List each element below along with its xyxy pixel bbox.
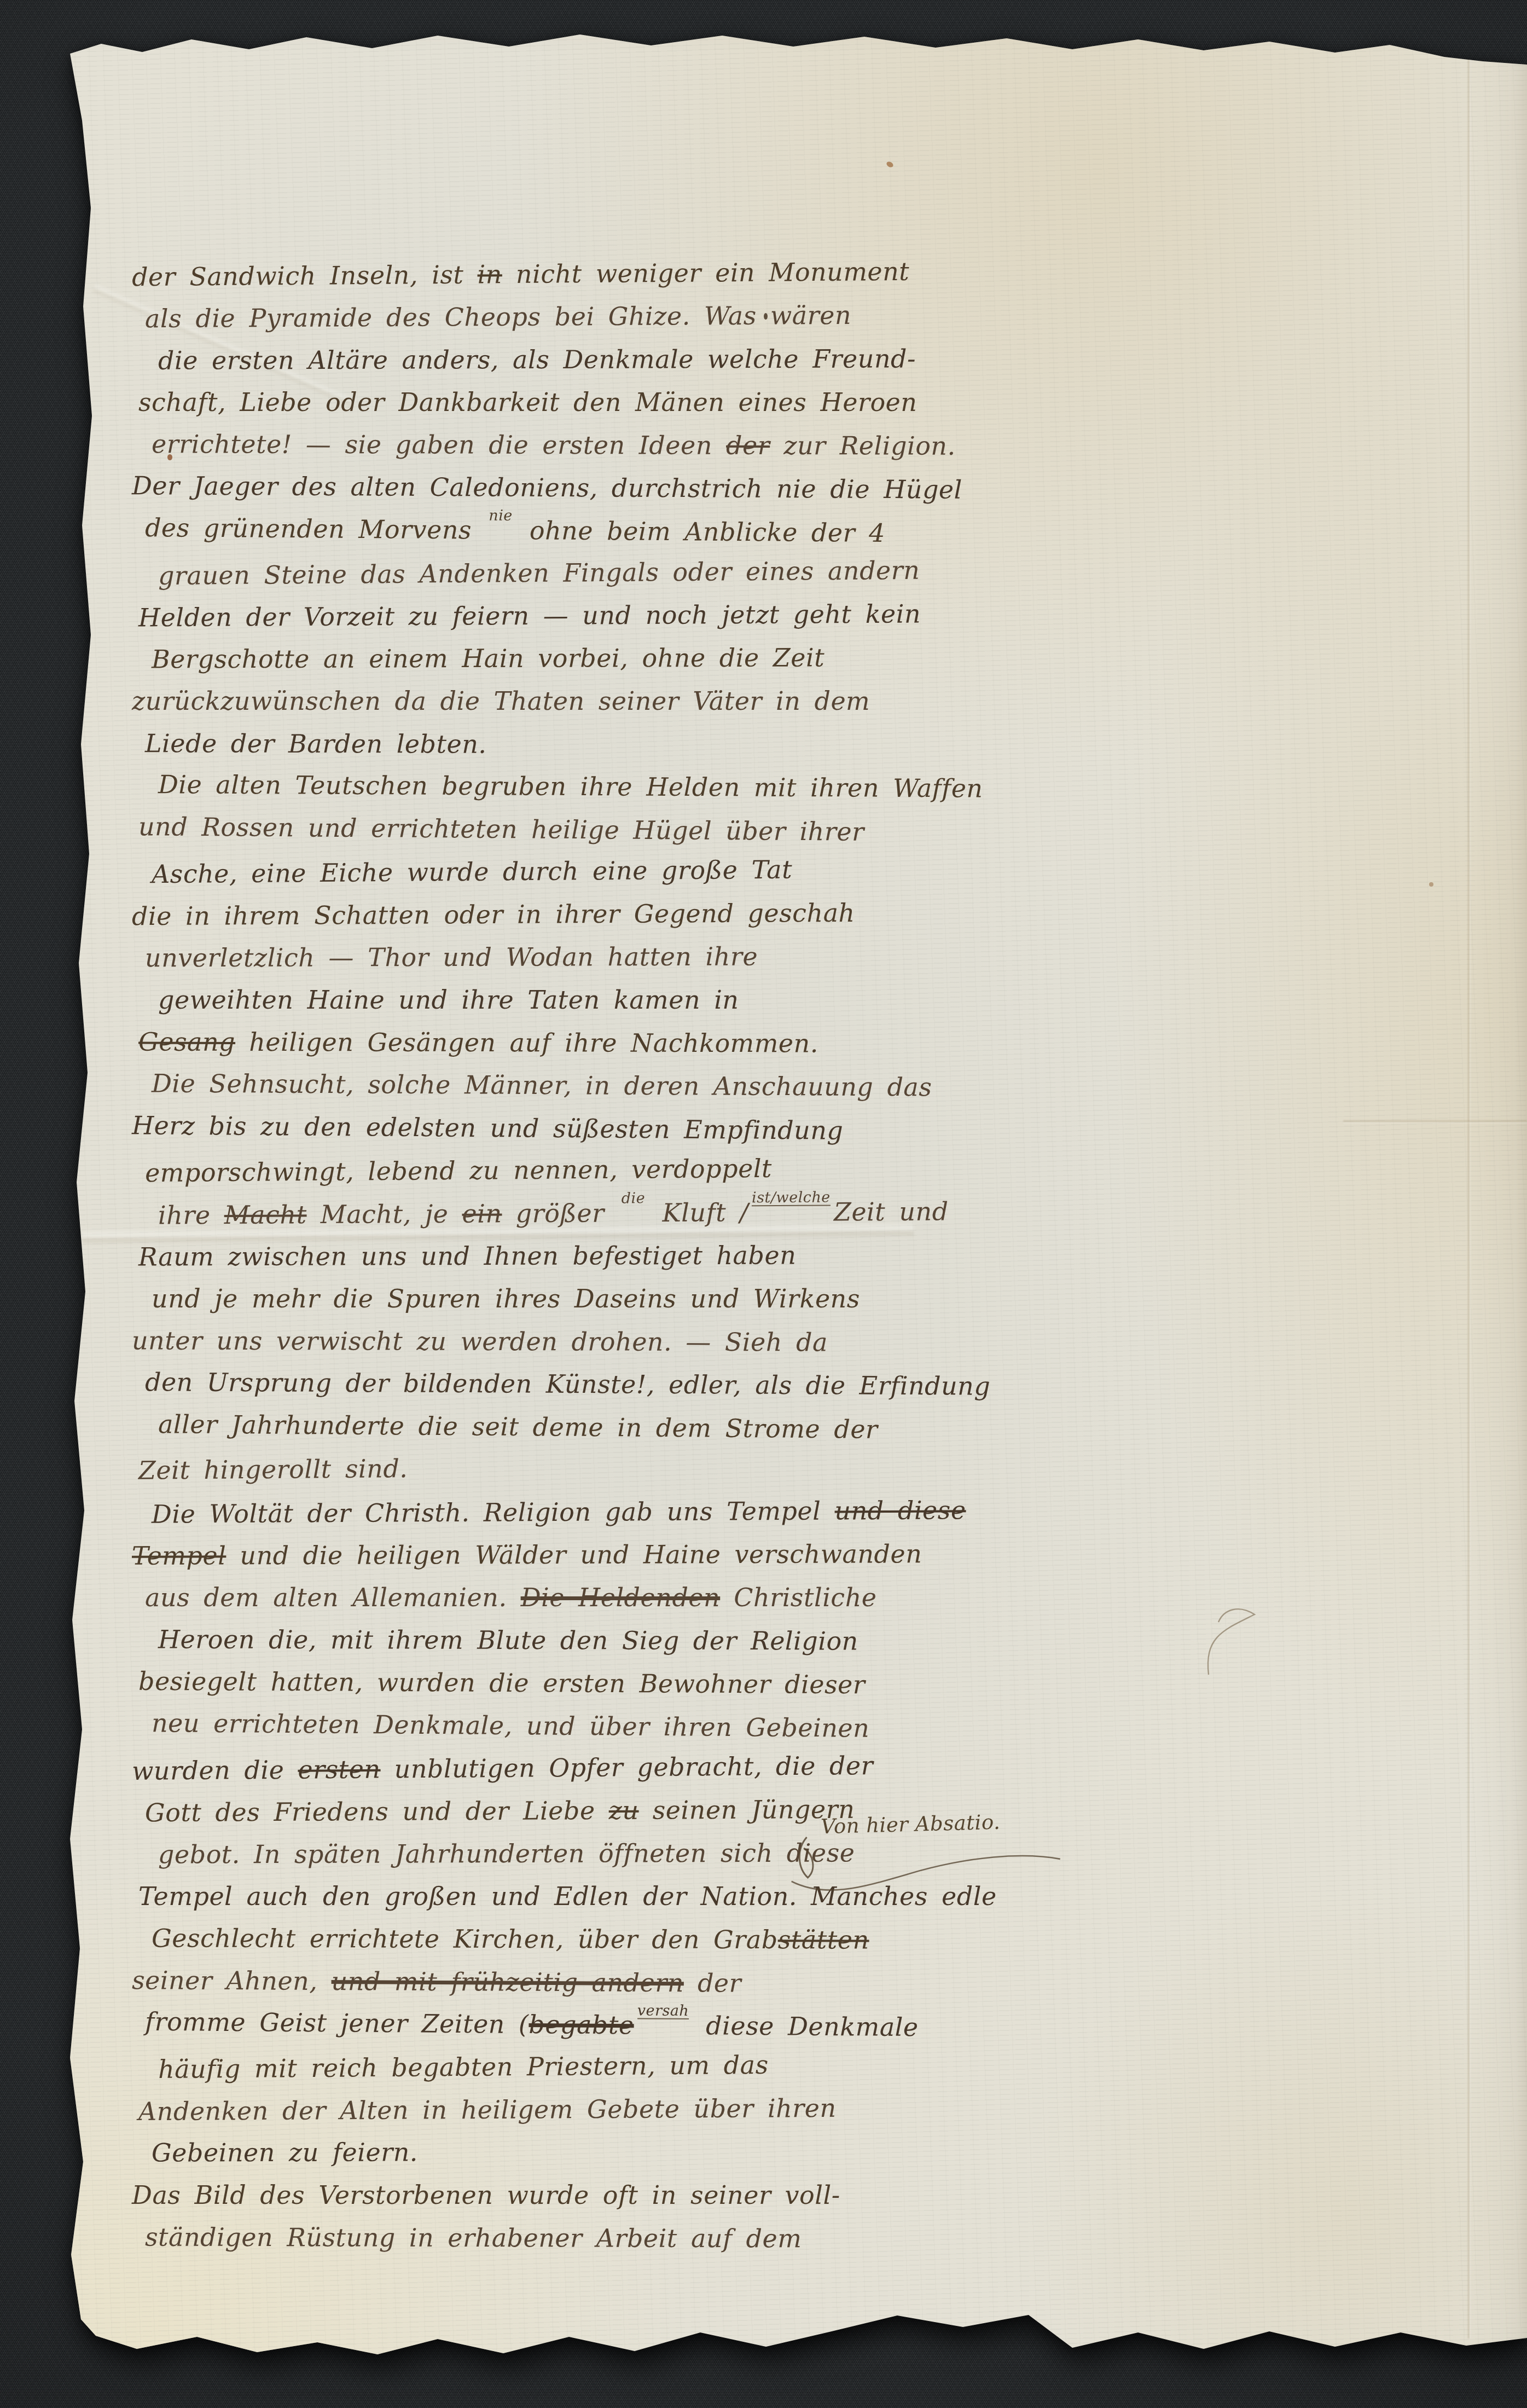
handwriting-layer: der Sandwich Inseln, ist in nicht wenige… — [0, 0, 1527, 2408]
manuscript-line: der Sandwich Inseln, ist in nicht wenige… — [132, 259, 910, 290]
manuscript-text: aller Jahrhunderte die seit deme in dem … — [158, 1409, 878, 1444]
manuscript-text: ständigen Rüstung in erhabener Arbeit au… — [145, 2222, 802, 2254]
manuscript-text: Asche, eine Eiche wurde durch eine große… — [152, 855, 792, 889]
manuscript-line: Helden der Vorzeit zu feiern — und noch … — [138, 601, 921, 630]
manuscript-line: Geschlecht errichtete Kirchen, über den … — [152, 1925, 869, 1952]
manuscript-text: fromme Geist jener Zeiten ( — [145, 2007, 529, 2039]
manuscript-paper: der Sandwich Inseln, ist in nicht wenige… — [0, 0, 1527, 2408]
manuscript-text: aus dem alten Allemanien. — [145, 1583, 521, 1612]
struck-word: begabte — [529, 2010, 634, 2040]
manuscript-line: des grünenden Morvens nie ohne beim Anbl… — [145, 515, 885, 546]
manuscript-text: des grünenden Morvens — [145, 513, 486, 545]
manuscript-line: häufig mit reich begabten Priestern, um … — [158, 2052, 769, 2082]
manuscript-text: Raum zwischen uns und Ihnen befestiget h… — [138, 1241, 796, 1272]
manuscript-line: seiner Ahnen, und mit frühzeitig andern … — [132, 1967, 741, 1995]
manuscript-text: der Sandwich Inseln, ist — [132, 260, 478, 292]
manuscript-line: Bergschotte an einem Hain vorbei, ohne d… — [152, 645, 825, 672]
manuscript-text: unter uns verwischt zu werden drohen. — … — [132, 1325, 828, 1357]
manuscript-text: grauen Steine das Andenken Fingals oder … — [158, 555, 920, 591]
manuscript-text: Bergschotte an einem Hain vorbei, ohne d… — [152, 642, 825, 674]
manuscript-line: und je mehr die Spuren ihres Daseins und… — [152, 1286, 860, 1311]
manuscript-text: heiligen Gesängen auf ihre Nachkommen. — [235, 1027, 818, 1058]
manuscript-line: unverletzlich — Thor und Wodan hatten ih… — [145, 944, 758, 971]
manuscript-text: neu errichteten Denkmale, und über ihren… — [152, 1708, 870, 1743]
manuscript-line: Die alten Teutschen begruben ihre Helden… — [158, 772, 983, 801]
manuscript-text: ihre — [158, 1200, 224, 1230]
manuscript-line: Liede der Barden lebten. — [145, 731, 487, 757]
manuscript-line: aller Jahrhunderte die seit deme in dem … — [158, 1411, 878, 1442]
inserted-word: nie — [489, 508, 513, 523]
manuscript-line: errichtete! — sie gaben die ersten Ideen… — [152, 431, 956, 459]
manuscript-text: besiegelt hatten, wurden die ersten Bewo… — [138, 1666, 866, 1699]
manuscript-text: diese Denkmale — [692, 2011, 919, 2042]
manuscript-line: Asche, eine Eiche wurde durch eine große… — [152, 857, 792, 887]
struck-word: stätten — [778, 1925, 869, 1954]
manuscript-text: Andenken der Alten in heiligem Gebete üb… — [138, 2093, 837, 2126]
manuscript-text: ohne beim Anblicke der 4 — [516, 516, 886, 548]
manuscript-text: Zeit hingerollt sind. — [138, 1454, 408, 1485]
manuscript-line: und Rossen und errichteten heilige Hügel… — [138, 814, 864, 844]
margin-flourish-icon — [788, 1827, 1063, 1906]
inserted-word: versah — [637, 2003, 689, 2019]
struck-word: der — [726, 431, 770, 460]
struck-word: Die Heldenden — [521, 1583, 721, 1612]
manuscript-text: zur Religion. — [770, 431, 956, 461]
manuscript-line: unter uns verwischt zu werden drohen. — … — [132, 1328, 828, 1354]
manuscript-text: errichtete! — sie gaben die ersten Ideen — [152, 429, 726, 460]
manuscript-line: Gott des Friedens und der Liebe zu seine… — [145, 1797, 855, 1825]
manuscript-line: Das Bild des Verstorbenen wurde oft in s… — [132, 2183, 840, 2208]
struck-word: Macht — [224, 1200, 307, 1230]
manuscript-line: gebot. In späten Jahrhunderten öffneten … — [158, 1840, 855, 1867]
manuscript-line: Tempel und die heiligen Wälder und Haine… — [132, 1541, 922, 1568]
manuscript-text: Helden der Vorzeit zu feiern — und noch … — [138, 599, 921, 633]
manuscript-text: schaft, Liebe oder Dankbarkeit den Mänen… — [138, 387, 917, 417]
manuscript-text: nicht weniger ein Monument — [502, 257, 910, 289]
struck-word: ersten — [298, 1755, 381, 1785]
manuscript-line: die in ihrem Schatten oder in ihrer Gege… — [132, 900, 855, 929]
struck-word: in — [477, 259, 502, 289]
manuscript-text: wurden die — [132, 1755, 298, 1786]
manuscript-text: häufig mit reich begabten Priestern, um … — [158, 2050, 769, 2084]
manuscript-text: Herz bis zu den edelsten und süßesten Em… — [132, 1110, 844, 1145]
manuscript-text: Die alten Teutschen begruben ihre Helden… — [158, 769, 983, 803]
manuscript-text: den Ursprung der bildenden Künste!, edle… — [145, 1367, 991, 1401]
manuscript-text: Gott des Friedens und der Liebe — [145, 1796, 609, 1827]
manuscript-text: geweihten Haine und ihre Taten kamen in — [158, 985, 739, 1015]
manuscript-line: geweihten Haine und ihre Taten kamen in — [158, 987, 739, 1012]
manuscript-text: und je mehr die Spuren ihres Daseins und… — [152, 1284, 860, 1313]
struck-word: Gesang — [138, 1027, 235, 1056]
photograph-canvas: der Sandwich Inseln, ist in nicht wenige… — [0, 0, 1527, 2408]
manuscript-line: besiegelt hatten, wurden die ersten Bewo… — [138, 1669, 866, 1697]
struck-word: und mit frühzeitig andern — [331, 1966, 684, 1998]
manuscript-line: neu errichteten Denkmale, und über ihren… — [152, 1710, 870, 1741]
manuscript-text: Die Woltät der Christh. Religion gab uns… — [152, 1496, 835, 1529]
manuscript-line: aus dem alten Allemanien. Die Heldenden … — [145, 1585, 876, 1610]
struck-word: Tempel — [132, 1541, 226, 1570]
manuscript-line: ständigen Rüstung in erhabener Arbeit au… — [145, 2225, 802, 2251]
manuscript-text: seiner Ahnen, — [132, 1965, 332, 1996]
manuscript-text: Der Jaeger des alten Caledoniens, durchs… — [132, 471, 962, 504]
manuscript-line: wurden die ersten unblutigen Opfer gebra… — [132, 1753, 873, 1784]
manuscript-line: die ersten Altäre anders, als Denkmale w… — [158, 346, 916, 373]
manuscript-text: emporschwingt, lebend zu nennen, verdopp… — [145, 1154, 772, 1188]
manuscript-text: und die heiligen Wälder und Haine versch… — [226, 1539, 922, 1570]
manuscript-text: Geschlecht errichtete Kirchen, über den … — [152, 1923, 778, 1954]
manuscript-text: die ersten Altäre anders, als Denkmale w… — [158, 344, 916, 375]
manuscript-line: emporschwingt, lebend zu nennen, verdopp… — [145, 1156, 772, 1185]
manuscript-line: Andenken der Alten in heiligem Gebete üb… — [138, 2096, 837, 2124]
manuscript-line: Herz bis zu den edelsten und süßesten Em… — [132, 1113, 844, 1143]
manuscript-text: Gebeinen zu feiern. — [152, 2137, 418, 2167]
manuscript-text: Christliche — [720, 1583, 876, 1612]
manuscript-line: als die Pyramide des Cheops bei Ghize. W… — [145, 303, 851, 331]
manuscript-line: Zeit hingerollt sind. — [138, 1456, 408, 1483]
struck-word: ein — [462, 1199, 502, 1228]
manuscript-text: Macht, je — [306, 1199, 462, 1229]
manuscript-text: gebot. In späten Jahrhunderten öffneten … — [158, 1838, 855, 1869]
manuscript-line: Die Woltät der Christh. Religion gab uns… — [152, 1497, 966, 1526]
manuscript-text: Heroen die, mit ihrem Blute den Sieg der… — [158, 1624, 858, 1655]
inserted-word: die — [622, 1191, 646, 1206]
paper-shadow: der Sandwich Inseln, ist in nicht wenige… — [0, 0, 1527, 2408]
inserted-word: ist/welche — [752, 1190, 831, 1207]
manuscript-text: der — [684, 1968, 742, 1998]
struck-word: und diese — [834, 1495, 966, 1525]
manuscript-text: größer — [502, 1198, 618, 1228]
manuscript-line: ihre Macht Macht, je ein größer die Kluf… — [158, 1199, 949, 1228]
manuscript-line: grauen Steine das Andenken Fingals oder … — [158, 558, 920, 588]
manuscript-text: Zeit und — [834, 1196, 949, 1226]
manuscript-text: Die Sehnsucht, solche Männer, in deren A… — [152, 1069, 932, 1102]
manuscript-line: den Ursprung der bildenden Künste!, edle… — [145, 1369, 990, 1399]
manuscript-text: unverletzlich — Thor und Wodan hatten ih… — [145, 942, 758, 973]
manuscript-text: unblutigen Opfer gebracht, die der — [380, 1751, 873, 1784]
manuscript-line: Heroen die, mit ihrem Blute den Sieg der… — [158, 1626, 858, 1653]
manuscript-line: Die Sehnsucht, solche Männer, in deren A… — [152, 1071, 932, 1100]
margin-note: Von hier Absatio. — [820, 1810, 1000, 1839]
manuscript-text: und Rossen und errichteten heilige Hügel… — [138, 812, 864, 847]
manuscript-text: die in ihrem Schatten oder in ihrer Gege… — [132, 898, 855, 931]
manuscript-line: Gesang heiligen Gesängen auf ihre Nachko… — [138, 1029, 818, 1056]
struck-word: zu — [609, 1796, 639, 1825]
manuscript-line: Der Jaeger des alten Caledoniens, durchs… — [132, 473, 962, 502]
manuscript-text: Das Bild des Verstorbenen wurde oft in s… — [132, 2180, 840, 2210]
paper-fiber — [0, 2123, 77, 2216]
manuscript-line: schaft, Liebe oder Dankbarkeit den Mänen… — [138, 390, 917, 415]
manuscript-line: zurückzuwünschen da die Thaten seiner Vä… — [132, 688, 870, 714]
manuscript-line: Gebeinen zu feiern. — [152, 2139, 418, 2165]
manuscript-text: Kluft / — [648, 1197, 748, 1228]
manuscript-line: fromme Geist jener Zeiten (begabteversah… — [145, 2009, 919, 2040]
manuscript-text: zurückzuwünschen da die Thaten seiner Vä… — [132, 686, 870, 716]
manuscript-text: als die Pyramide des Cheops bei Ghize. W… — [145, 300, 851, 333]
manuscript-line: Raum zwischen uns und Ihnen befestiget h… — [138, 1243, 796, 1270]
manuscript-text: Liede der Barden lebten. — [145, 728, 487, 759]
